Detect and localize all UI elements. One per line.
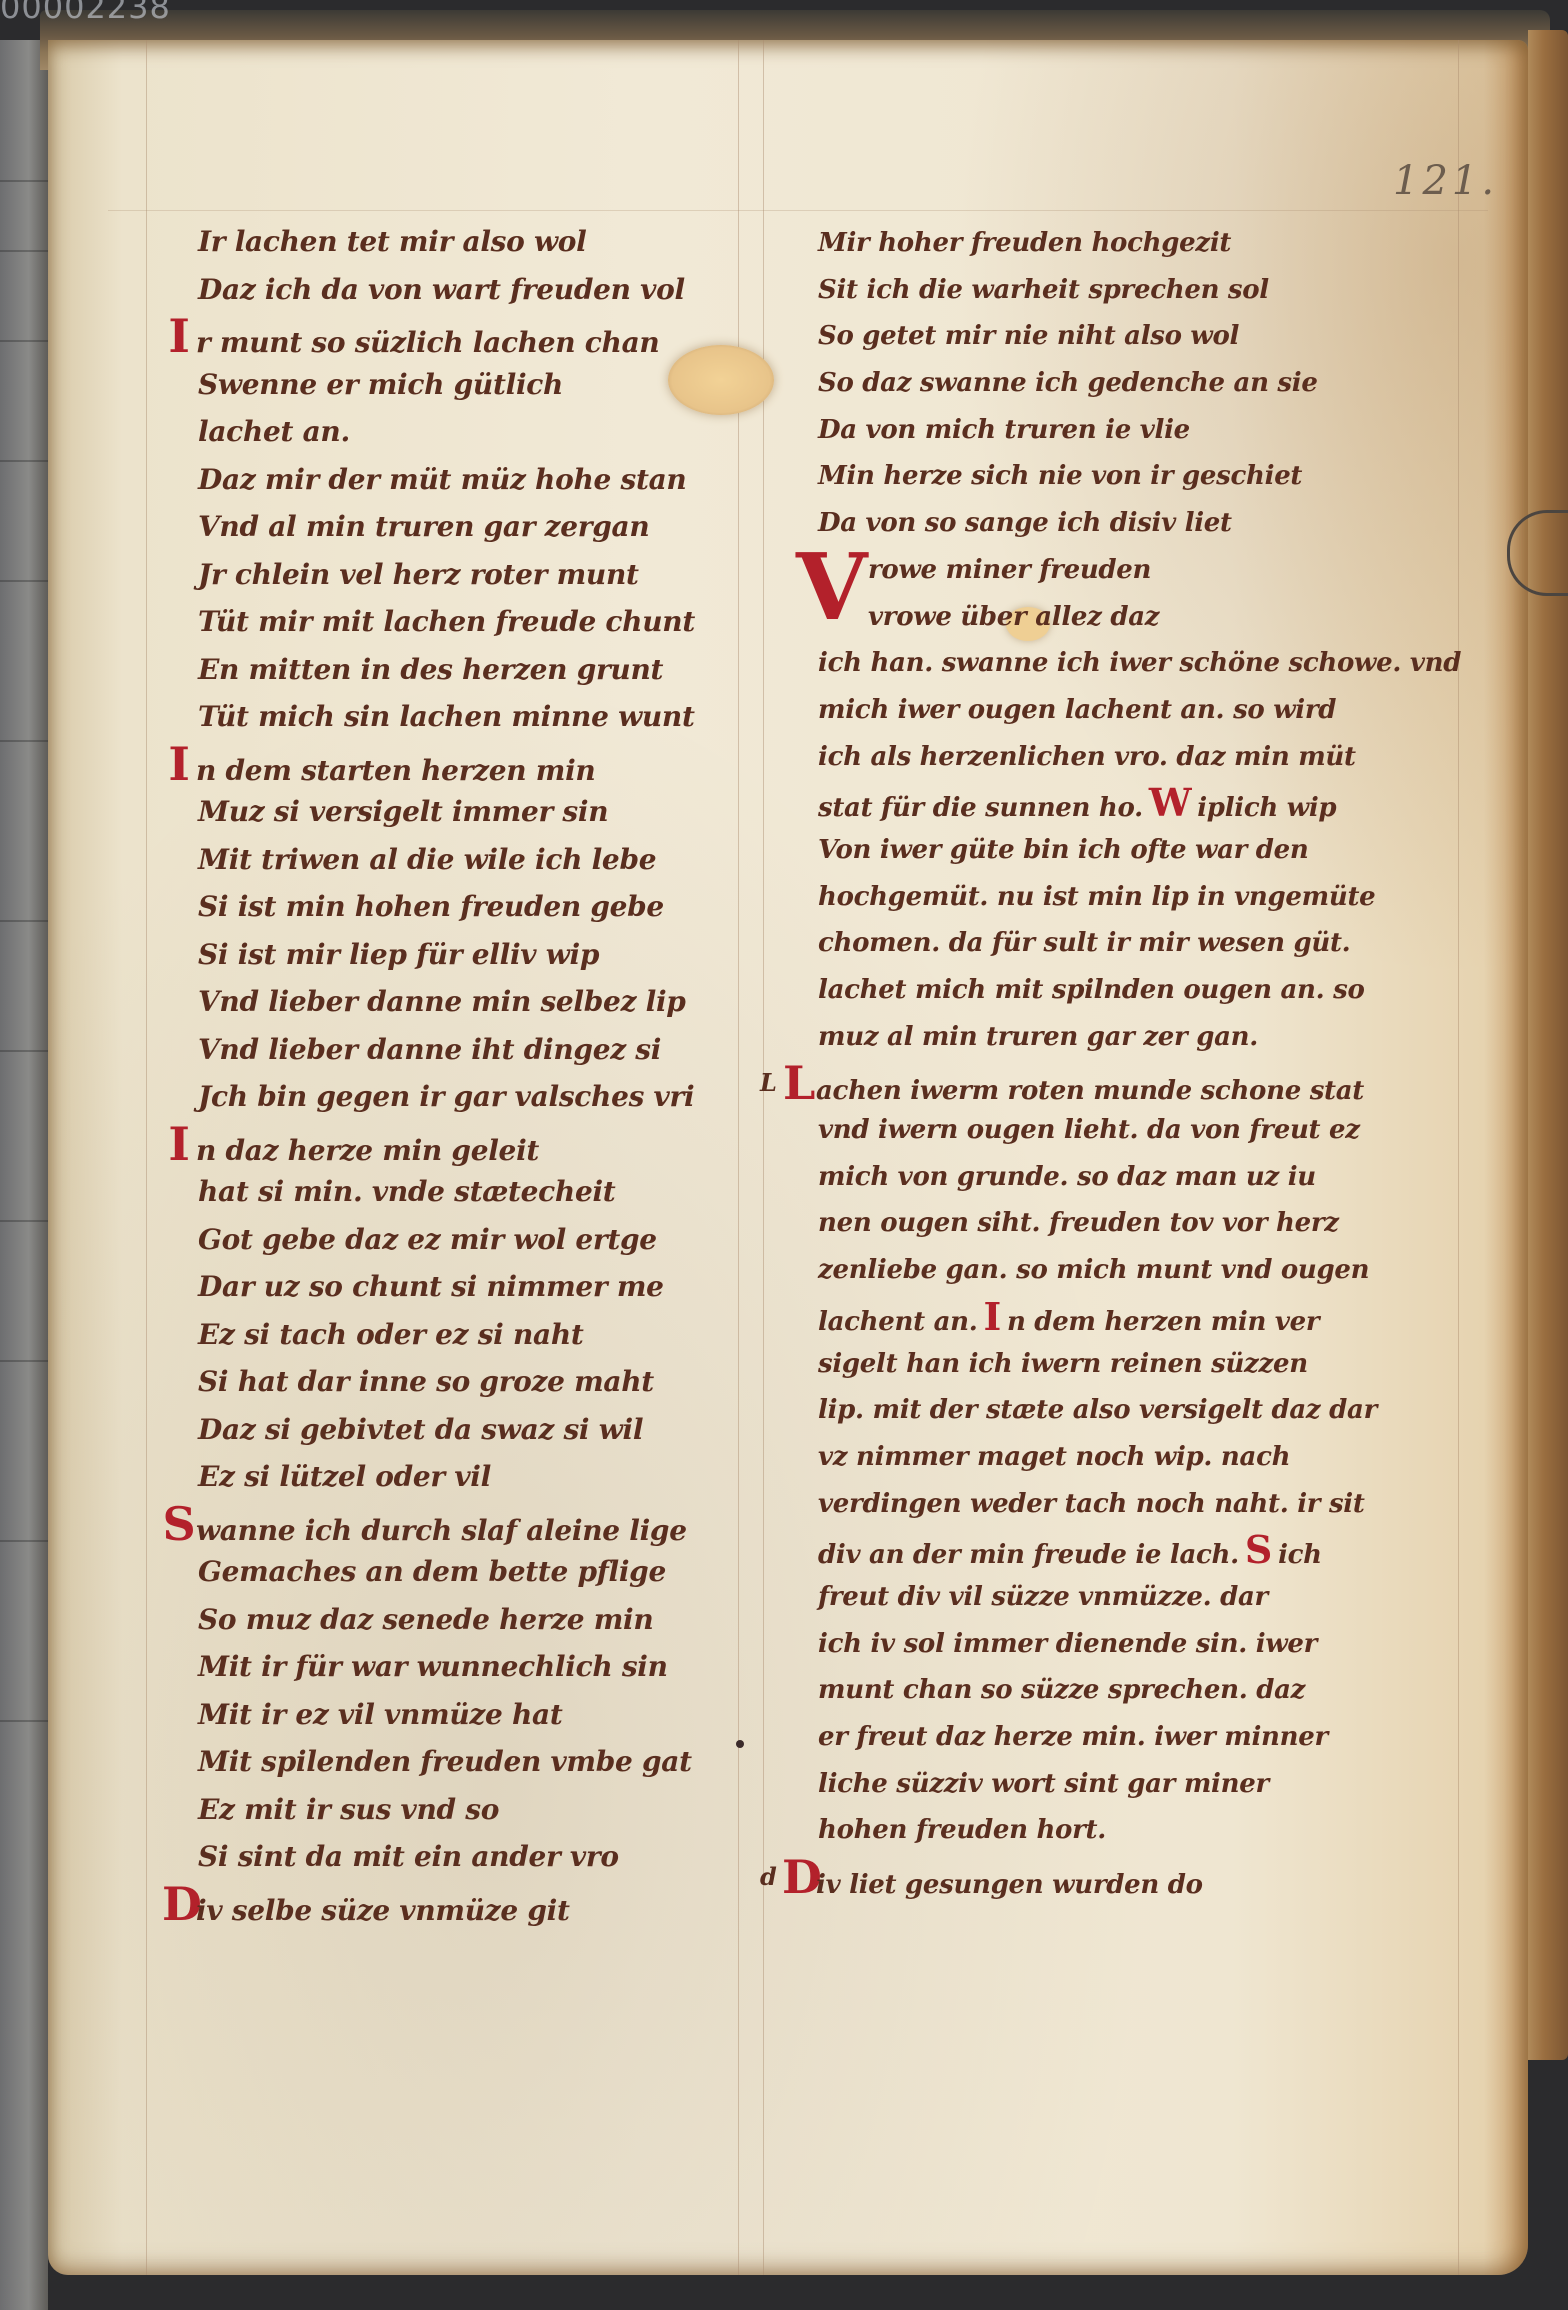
verse-line: Tüt mir mit lachen freude chunt	[198, 598, 758, 646]
verse-text: Mit spilenden freuden vmbe gat	[198, 1745, 692, 1778]
verse-line: Mit ir für war wunnechlich sin	[198, 1643, 758, 1691]
verse-text: nen ougen siht. freuden tov vor herz	[818, 1208, 1339, 1238]
verse-text: Tüt mir mit lachen freude chunt	[198, 605, 695, 638]
right-text-column: Mir hoher freuden hochgezitSit ich die w…	[818, 220, 1458, 1901]
rubricated-initial: I	[162, 313, 196, 361]
verse-line: lachet mich mit spilnden ougen an. so	[818, 967, 1458, 1014]
verse-line: Da von so sange ich disiv liet	[818, 500, 1458, 547]
verse-text: muz al min truren gar zer gan.	[818, 1022, 1258, 1052]
manuscript-page: 121. Ir lachen tet mir also wolDaz ich d…	[48, 40, 1528, 2275]
verse-line: In daz herze min geleit	[198, 1121, 758, 1169]
verse-line: So daz swanne ich gedenche an sie	[818, 360, 1458, 407]
verse-line: Daz mir der müt müz hohe stan	[198, 456, 758, 504]
verse-line: zenliebe gan. so mich munt vnd ougen	[818, 1247, 1458, 1294]
verse-line: chomen. da für sult ir mir wesen güt.	[818, 920, 1458, 967]
verse-text: liche süzziv wort sint gar miner	[818, 1769, 1269, 1799]
ruling-line	[146, 40, 147, 2275]
verse-text: lip. mit der stæte also versigelt daz da…	[818, 1395, 1377, 1425]
verse-text: En mitten in des herzen grunt	[198, 653, 663, 686]
rubricated-initial: I	[162, 1121, 196, 1169]
right-verse-lines: Mir hoher freuden hochgezitSit ich die w…	[818, 220, 1458, 1901]
verse-text: n dem herzen min ver	[1007, 1307, 1319, 1337]
verse-text: Min herze sich nie von ir geschiet	[818, 461, 1302, 491]
verse-line: muz al min truren gar zer gan.	[818, 1014, 1458, 1061]
verse-line: Mit ir ez vil vnmüze hat	[198, 1691, 758, 1739]
verse-text: Mit triwen al die wile ich lebe	[198, 843, 656, 876]
verse-line: freut div vil süzze vnmüzze. dar	[818, 1574, 1458, 1621]
verse-text: Jch bin gegen ir gar valsches vri	[198, 1080, 694, 1113]
folio-number: 121.	[1393, 158, 1498, 204]
verse-line: Gemaches an dem bette pflige	[198, 1548, 758, 1596]
verse-line: So getet mir nie niht also wol	[818, 313, 1458, 360]
verse-line: Ir lachen tet mir also wol	[198, 218, 758, 266]
verse-text: r munt so süzlich lachen chan	[196, 326, 659, 359]
verse-line: verdingen weder tach noch naht. ir sit	[818, 1481, 1458, 1528]
rubricated-initial: S	[1245, 1527, 1272, 1572]
verse-text: n daz herze min geleit	[196, 1134, 539, 1167]
verse-text: vrowe über allez daz	[868, 602, 1159, 632]
previous-page-edge	[0, 40, 48, 2310]
verse-line: ich han. swanne ich iwer schöne schowe. …	[818, 640, 1458, 687]
verse-line: En mitten in des herzen grunt	[198, 646, 758, 694]
margin-mark: d	[760, 1854, 776, 1901]
verse-text: wanne ich durch slaf aleine lige	[196, 1514, 687, 1547]
verse-line: nen ougen siht. freuden tov vor herz	[818, 1200, 1458, 1247]
verse-text: ich	[1278, 1540, 1322, 1570]
verse-line: munt chan so süzze sprechen. daz	[818, 1667, 1458, 1714]
rubricated-initial: S	[162, 1501, 196, 1549]
verse-text: Jr chlein vel herz roter munt	[198, 558, 639, 591]
verse-line: Mit spilenden freuden vmbe gat	[198, 1738, 758, 1786]
verse-line: In dem starten herzen min	[198, 741, 758, 789]
verse-line: ich iv sol immer dienende sin. iwer	[818, 1621, 1458, 1668]
verse-text: hochgemüt. nu ist min lip in vngemüte	[818, 882, 1375, 912]
verse-line: lachet an.	[198, 408, 758, 456]
rubricated-initial: I	[162, 741, 196, 789]
verse-text: stat für die sunnen ho.	[818, 793, 1143, 823]
verse-line: Daz si gebivtet da swaz si wil	[198, 1406, 758, 1454]
verse-text: lachet mich mit spilnden ougen an. so	[818, 975, 1365, 1005]
verse-line: Sit ich die warheit sprechen sol	[818, 267, 1458, 314]
verse-text: So muz daz senede herze min	[198, 1603, 653, 1636]
verse-line: vnd iwern ougen lieht. da von freut ez	[818, 1107, 1458, 1154]
verse-line: div an der min freude ie lach.Sich	[818, 1527, 1458, 1574]
verse-text: Tüt mich sin lachen minne wunt	[198, 700, 695, 733]
ruling-line	[1458, 40, 1459, 2275]
verse-line: Von iwer güte bin ich ofte war den	[818, 827, 1458, 874]
verse-text: Da von so sange ich disiv liet	[818, 508, 1232, 538]
verse-text: lachet an.	[198, 415, 350, 448]
verse-text: Si sint da mit ein ander vro	[198, 1840, 619, 1873]
book-fore-edge	[1528, 30, 1568, 2060]
verse-line: Tüt mich sin lachen minne wunt	[198, 693, 758, 741]
verse-line: Jr chlein vel herz roter munt	[198, 551, 758, 599]
verse-line: Min herze sich nie von ir geschiet	[818, 453, 1458, 500]
verse-line: Div selbe süze vnmüze git	[198, 1881, 758, 1929]
verse-line: Da von mich truren ie vlie	[818, 407, 1458, 454]
verse-line: sigelt han ich iwern reinen süzzen	[818, 1341, 1458, 1388]
verse-text: ich als herzenlichen vro. daz min müt	[818, 742, 1356, 772]
verse-line: lip. mit der stæte also versigelt daz da…	[818, 1387, 1458, 1434]
verse-text: Daz ich da von wart freuden vol	[198, 273, 685, 306]
verse-line: Si ist min hohen freuden gebe	[198, 883, 758, 931]
verse-text: Mir hoher freuden hochgezit	[818, 228, 1231, 258]
verse-line: Dar uz so chunt si nimmer me	[198, 1263, 758, 1311]
verse-text: hat si min. vnde stætecheit	[198, 1175, 615, 1208]
verse-line: liche süzziv wort sint gar miner	[818, 1761, 1458, 1808]
verse-text: n dem starten herzen min	[196, 754, 595, 787]
verse-text: achen iwerm roten munde schone stat	[816, 1076, 1364, 1106]
verse-line: Swanne ich durch slaf aleine lige	[198, 1501, 758, 1549]
verse-text: Da von mich truren ie vlie	[818, 415, 1190, 445]
verse-line: mich iwer ougen lachent an. so wird	[818, 687, 1458, 734]
margin-mark: L	[760, 1060, 777, 1107]
verse-text: Gemaches an dem bette pflige	[198, 1555, 666, 1588]
verse-text: lachent an.	[818, 1307, 977, 1337]
verse-text: chomen. da für sult ir mir wesen güt.	[818, 928, 1350, 958]
left-verse-lines: Ir lachen tet mir also wolDaz ich da von…	[198, 218, 758, 1928]
verse-line: mich von grunde. so daz man uz iu	[818, 1154, 1458, 1201]
verse-text: ich han. swanne ich iwer schöne schowe. …	[818, 648, 1461, 678]
verse-line: vrowe über allez daz	[818, 594, 1458, 641]
verse-line: ich als herzenlichen vro. daz min müt	[818, 734, 1458, 781]
verse-line: LLachen iwerm roten munde schone stat	[818, 1060, 1458, 1107]
verse-text: Vnd lieber danne min selbez lip	[198, 985, 686, 1018]
verse-text: Ez si lützel oder vil	[198, 1460, 491, 1493]
verse-line: Vnd lieber danne min selbez lip	[198, 978, 758, 1026]
verse-line: lachent an.In dem herzen min ver	[818, 1294, 1458, 1341]
verse-text: vz nimmer maget noch wip. nach	[818, 1442, 1290, 1472]
verse-line: Ez mit ir sus vnd so	[198, 1786, 758, 1834]
rubricated-initial: D	[162, 1881, 196, 1929]
verse-text: er freut daz herze min. iwer minner	[818, 1722, 1328, 1752]
scan-id-watermark: 00002238	[0, 0, 171, 26]
verse-line: So muz daz senede herze min	[198, 1596, 758, 1644]
verse-line: Ez si tach oder ez si naht	[198, 1311, 758, 1359]
verse-line: Si ist mir liep für elliv wip	[198, 931, 758, 979]
verse-text: Si ist mir liep für elliv wip	[198, 938, 599, 971]
verse-text: verdingen weder tach noch naht. ir sit	[818, 1489, 1365, 1519]
verse-line: hohen freuden hort.	[818, 1807, 1458, 1854]
verse-text: Si hat dar inne so groze maht	[198, 1365, 654, 1398]
verse-text: mich iwer ougen lachent an. so wird	[818, 695, 1336, 725]
verse-text: Ez si tach oder ez si naht	[198, 1318, 584, 1351]
verse-text: freut div vil süzze vnmüzze. dar	[818, 1582, 1268, 1612]
verse-line: Daz ich da von wart freuden vol	[198, 266, 758, 314]
verse-text: Muz si versigelt immer sin	[198, 795, 608, 828]
left-text-column: Ir lachen tet mir also wolDaz ich da von…	[198, 218, 758, 1928]
verse-text: hohen freuden hort.	[818, 1815, 1106, 1845]
verse-line: Muz si versigelt immer sin	[198, 788, 758, 836]
verse-text: Swenne er mich gütlich	[198, 368, 563, 401]
verse-text: Si ist min hohen freuden gebe	[198, 890, 664, 923]
verse-line: hat si min. vnde stætecheit	[198, 1168, 758, 1216]
verse-text: Ir lachen tet mir also wol	[198, 225, 586, 258]
rubricated-initial: W	[1149, 780, 1191, 825]
rubricated-initial: L	[782, 1060, 816, 1107]
verse-text: Ez mit ir sus vnd so	[198, 1793, 499, 1826]
verse-text: iplich wip	[1197, 793, 1336, 823]
verse-text: vnd iwern ougen lieht. da von freut ez	[818, 1115, 1360, 1145]
ruling-line	[108, 210, 1488, 211]
verse-text: Daz mir der müt müz hohe stan	[198, 463, 686, 496]
verse-text: iv selbe süze vnmüze git	[196, 1894, 570, 1927]
verse-text: Vnd lieber danne iht dingez si	[198, 1033, 661, 1066]
verse-text: Sit ich die warheit sprechen sol	[818, 275, 1269, 305]
verse-text: zenliebe gan. so mich munt vnd ougen	[818, 1255, 1369, 1285]
verse-line: Mir hoher freuden hochgezit	[818, 220, 1458, 267]
verse-line: Vnd lieber danne iht dingez si	[198, 1026, 758, 1074]
verse-line: Jch bin gegen ir gar valsches vri	[198, 1073, 758, 1121]
verse-line: hochgemüt. nu ist min lip in vngemüte	[818, 874, 1458, 921]
verse-line: Mit triwen al die wile ich lebe	[198, 836, 758, 884]
verse-text: Got gebe daz ez mir wol ertge	[198, 1223, 657, 1256]
verse-text: div an der min freude ie lach.	[818, 1540, 1239, 1570]
verse-line: Vrowe miner freuden	[818, 547, 1458, 594]
verse-line: Got gebe daz ez mir wol ertge	[198, 1216, 758, 1264]
verse-text: iv liet gesungen wurden do	[816, 1870, 1203, 1900]
verse-line: Si hat dar inne so groze maht	[198, 1358, 758, 1406]
verse-line: Swenne er mich gütlich	[198, 361, 758, 409]
verse-text: Dar uz so chunt si nimmer me	[198, 1270, 664, 1303]
verse-text: munt chan so süzze sprechen. daz	[818, 1675, 1305, 1705]
rubricated-initial: D	[782, 1854, 816, 1901]
verse-line: Vnd al min truren gar zergan	[198, 503, 758, 551]
verse-text: Vnd al min truren gar zergan	[198, 510, 649, 543]
verse-text: Mit ir ez vil vnmüze hat	[198, 1698, 563, 1731]
verse-text: rowe miner freuden	[868, 555, 1151, 585]
verse-text: Mit ir für war wunnechlich sin	[198, 1650, 668, 1683]
verse-text: So getet mir nie niht also wol	[818, 321, 1239, 351]
verse-line: Ir munt so süzlich lachen chan	[198, 313, 758, 361]
verse-text: ich iv sol immer dienende sin. iwer	[818, 1629, 1317, 1659]
verse-line: er freut daz herze min. iwer minner	[818, 1714, 1458, 1761]
verse-text: Von iwer güte bin ich ofte war den	[818, 835, 1309, 865]
verse-line: Ez si lützel oder vil	[198, 1453, 758, 1501]
verse-line: vz nimmer maget noch wip. nach	[818, 1434, 1458, 1481]
verse-text: So daz swanne ich gedenche an sie	[818, 368, 1318, 398]
verse-line: stat für die sunnen ho.Wiplich wip	[818, 780, 1458, 827]
verse-line: Si sint da mit ein ander vro	[198, 1833, 758, 1881]
rubricated-initial: I	[983, 1294, 1000, 1339]
verse-text: Daz si gebivtet da swaz si wil	[198, 1413, 643, 1446]
verse-text: sigelt han ich iwern reinen süzzen	[818, 1349, 1308, 1379]
verse-line: dDiv liet gesungen wurden do	[818, 1854, 1458, 1901]
verse-text: mich von grunde. so daz man uz iu	[818, 1162, 1316, 1192]
